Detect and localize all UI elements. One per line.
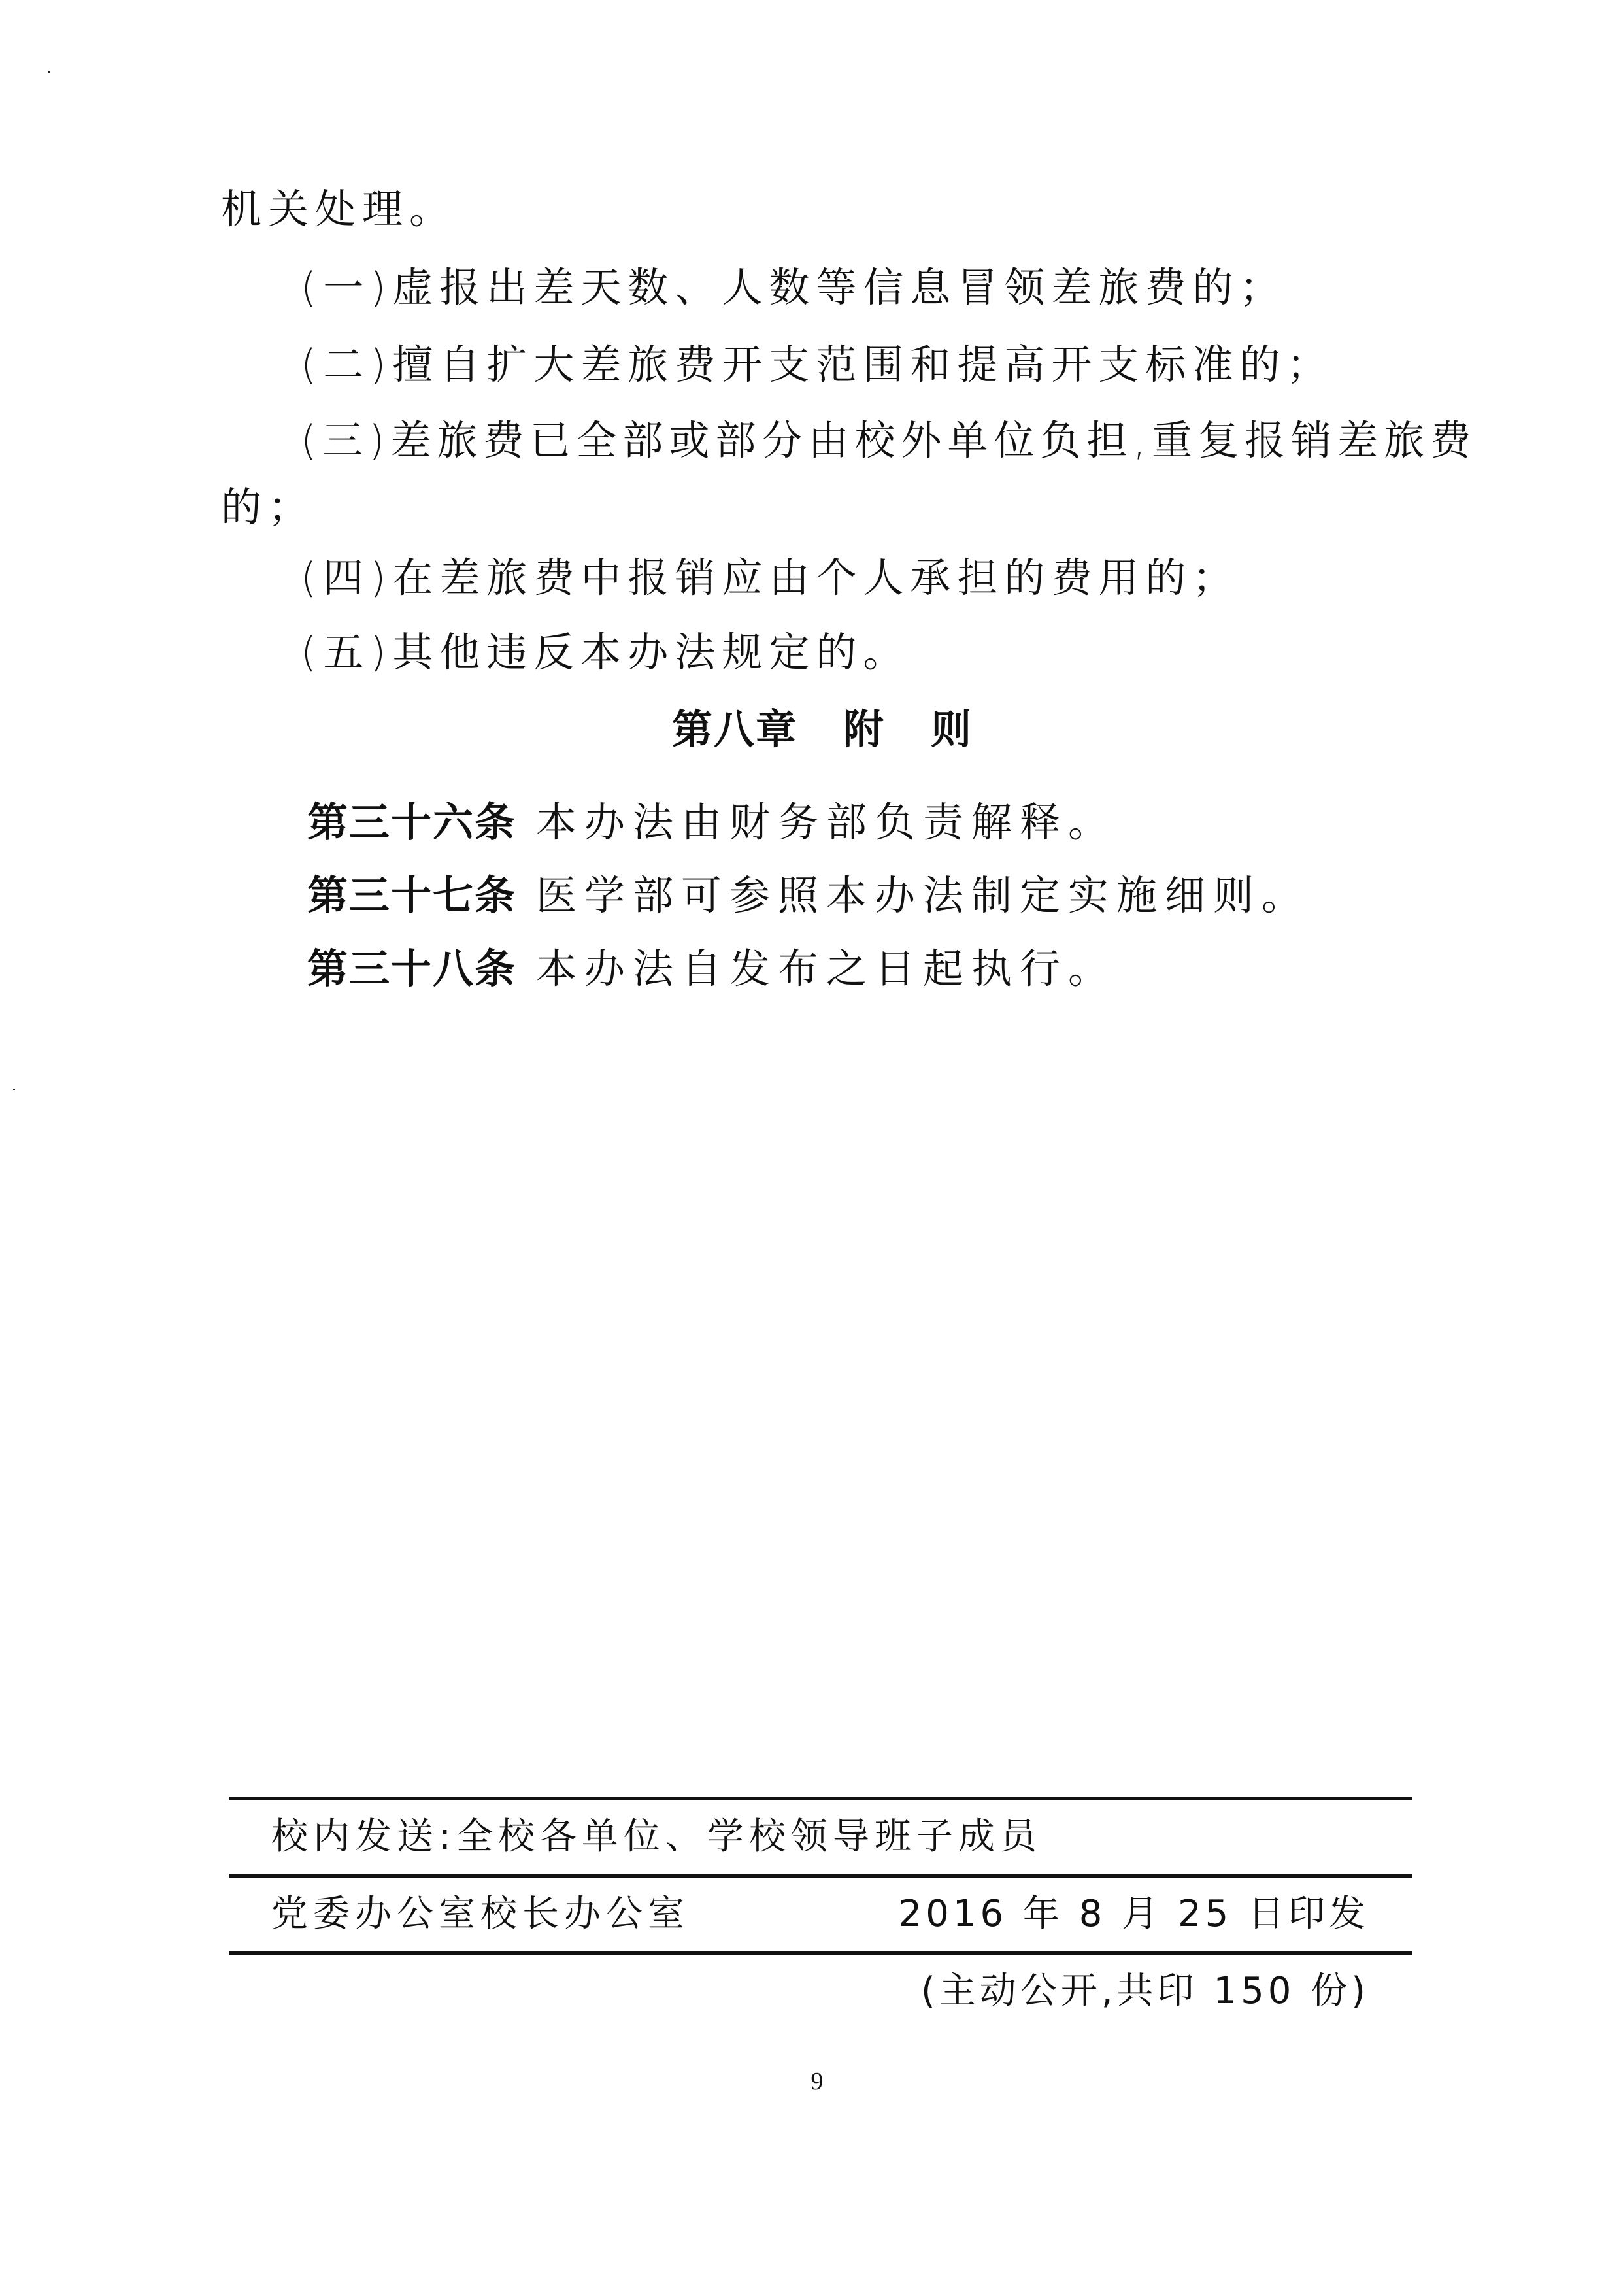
item-text: 在差旅费中报销应由个人承担的费用的； [392, 554, 1239, 601]
item-text: 擅自扩大差旅费开支范围和提高开支标准的； [392, 341, 1333, 388]
violation-item-4: (四)在差旅费中报销应由个人承担的费用的； [301, 554, 1239, 601]
chapter-number: 第八章 [672, 705, 797, 753]
item-text: 虚报出差天数、人数等信息冒领差旅费的； [392, 263, 1286, 311]
chapter-title-char: 则 [931, 705, 973, 753]
scan-speck [13, 1089, 15, 1090]
item-label: (三) [301, 416, 390, 464]
chapter-heading: 第八章附则 [672, 706, 973, 753]
issuer-text: 党委办公室校长办公室 [271, 1893, 690, 1935]
chapter-title-char: 附 [843, 705, 885, 753]
article-text: 本办法由财务部负责解释。 [516, 799, 1116, 846]
violation-item-3: (三)差旅费已全部或部分由校外单位负担,重复报销差旅费 [301, 417, 1477, 464]
article-36: 第三十六条本办法由财务部负责解释。 [307, 799, 1116, 846]
distribution-text: 校内发送:全校各单位、学校领导班子成员 [271, 1815, 1042, 1858]
document-page: 机关处理。 (一)虚报出差天数、人数等信息冒领差旅费的； (二)擅自扩大差旅费开… [0, 0, 1621, 2296]
item-text: 其他违反本办法规定的。 [392, 628, 910, 676]
issue-date: 2016 年 8 月 25 日印发 [899, 1893, 1369, 1935]
article-label: 第三十八条 [307, 945, 516, 992]
violation-item-2: (二)擅自扩大差旅费开支范围和提高开支标准的； [301, 341, 1333, 388]
violation-item-5: (五)其他违反本办法规定的。 [301, 629, 910, 676]
issue-date-text: 2016 年 8 月 25 日印发 [899, 1893, 1369, 1935]
item-text: 差旅费已全部或部分由校外单位负担,重复报销差旅费 [390, 416, 1477, 464]
article-text: 本办法自发布之日起执行。 [516, 945, 1116, 992]
publication-note: (主动公开,共印 150 份) [921, 1970, 1369, 2012]
article-label: 第三十七条 [307, 872, 516, 919]
footer-rule-bottom [229, 1951, 1412, 1955]
continuation-text: 机关处理。 [221, 185, 456, 233]
distribution-line: 校内发送:全校各单位、学校领导班子成员 [271, 1816, 1042, 1858]
violation-item-3-wrap: 的； [221, 484, 315, 531]
item-label: (二) [301, 341, 392, 388]
publication-note-text: (主动公开,共印 150 份) [921, 1970, 1369, 2012]
page-number: 9 [804, 2067, 830, 2096]
violation-item-1: (一)虚报出差天数、人数等信息冒领差旅费的； [301, 264, 1286, 311]
article-38: 第三十八条本办法自发布之日起执行。 [307, 945, 1116, 992]
item-text-wrap: 的； [221, 483, 315, 531]
continuation-line: 机关处理。 [221, 186, 456, 233]
item-label: (一) [301, 263, 392, 311]
article-text: 医学部可参照本办法制定实施细则。 [516, 872, 1310, 919]
footer-rule-middle [229, 1874, 1412, 1878]
footer-rule-top [229, 1797, 1412, 1800]
item-label: (五) [301, 628, 392, 676]
issuer-line: 党委办公室校长办公室 [271, 1893, 690, 1935]
article-37: 第三十七条医学部可参照本办法制定实施细则。 [307, 872, 1310, 919]
scan-speck [48, 71, 50, 73]
item-label: (四) [301, 554, 392, 601]
article-label: 第三十六条 [307, 799, 516, 846]
